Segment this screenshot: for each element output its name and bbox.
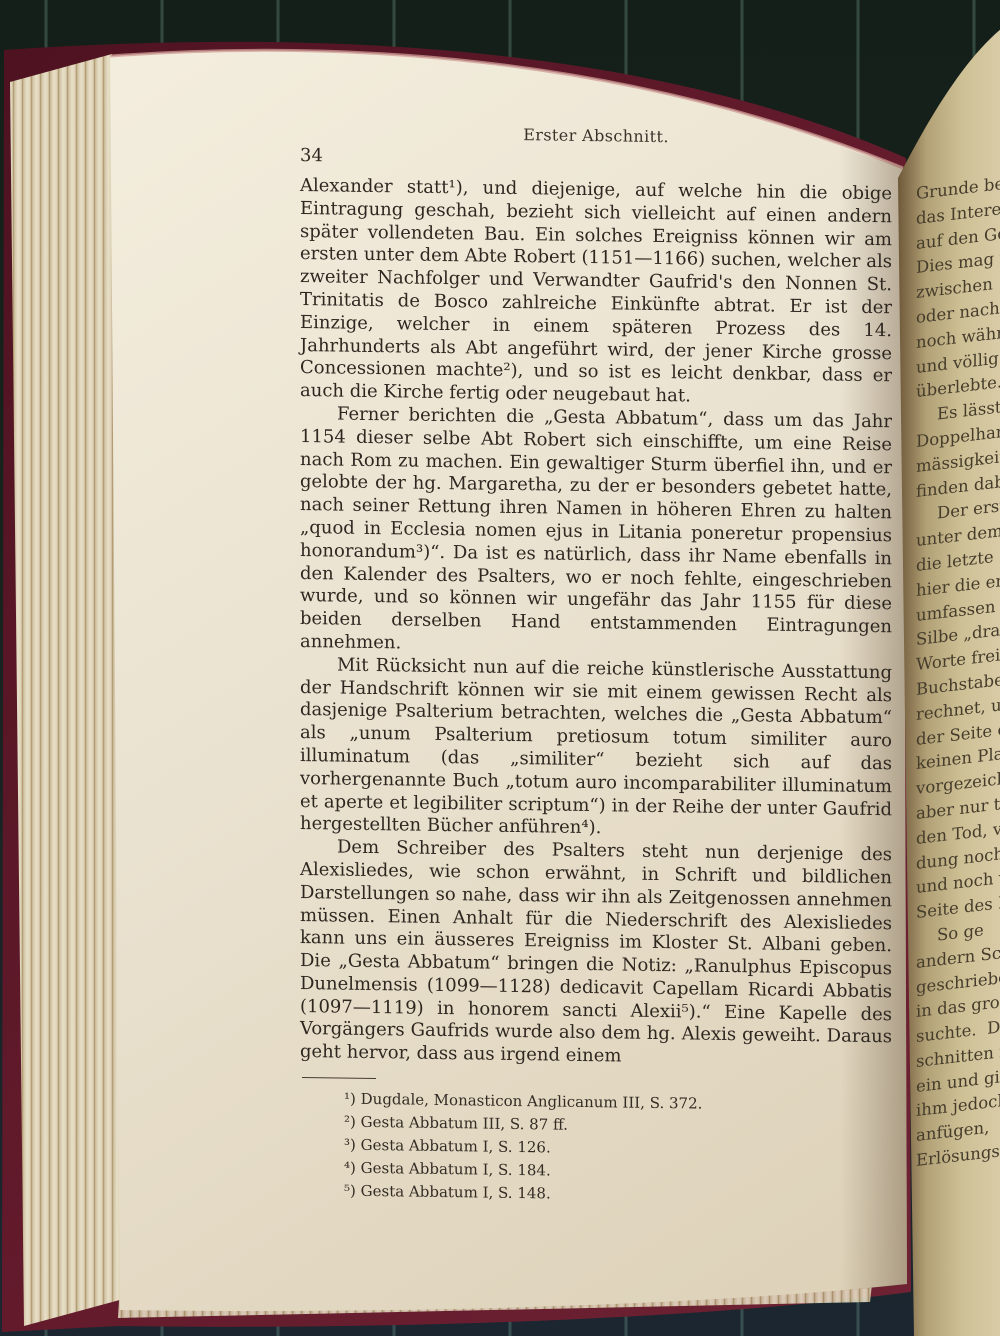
paragraph-2: Ferner berichten die „Gesta Abbatum“, da… (300, 403, 892, 662)
footnotes: ¹) Dugdale, Monasticon Anglicanum III, S… (300, 1087, 892, 1210)
left-page: Erster Abschnitt. 34 Alexander statt¹), … (300, 122, 892, 1210)
page-stack-edges (10, 54, 127, 1326)
footnote-separator (302, 1077, 376, 1079)
paragraph-1: Alexander statt¹), und diejenige, auf we… (300, 175, 892, 411)
book-photo: Erster Abschnitt. 34 Alexander statt¹), … (0, 0, 1000, 1336)
body-text: Alexander statt¹), und diejenige, auf we… (300, 175, 892, 1072)
paragraph-4: Dem Schreiber des Psalters steht nun der… (300, 836, 892, 1072)
right-page-text: Grunde beim A das Interesse fü auf den G… (916, 156, 1000, 1174)
paragraph-3: Mit Rücksicht nun auf die reiche künstle… (300, 654, 892, 845)
